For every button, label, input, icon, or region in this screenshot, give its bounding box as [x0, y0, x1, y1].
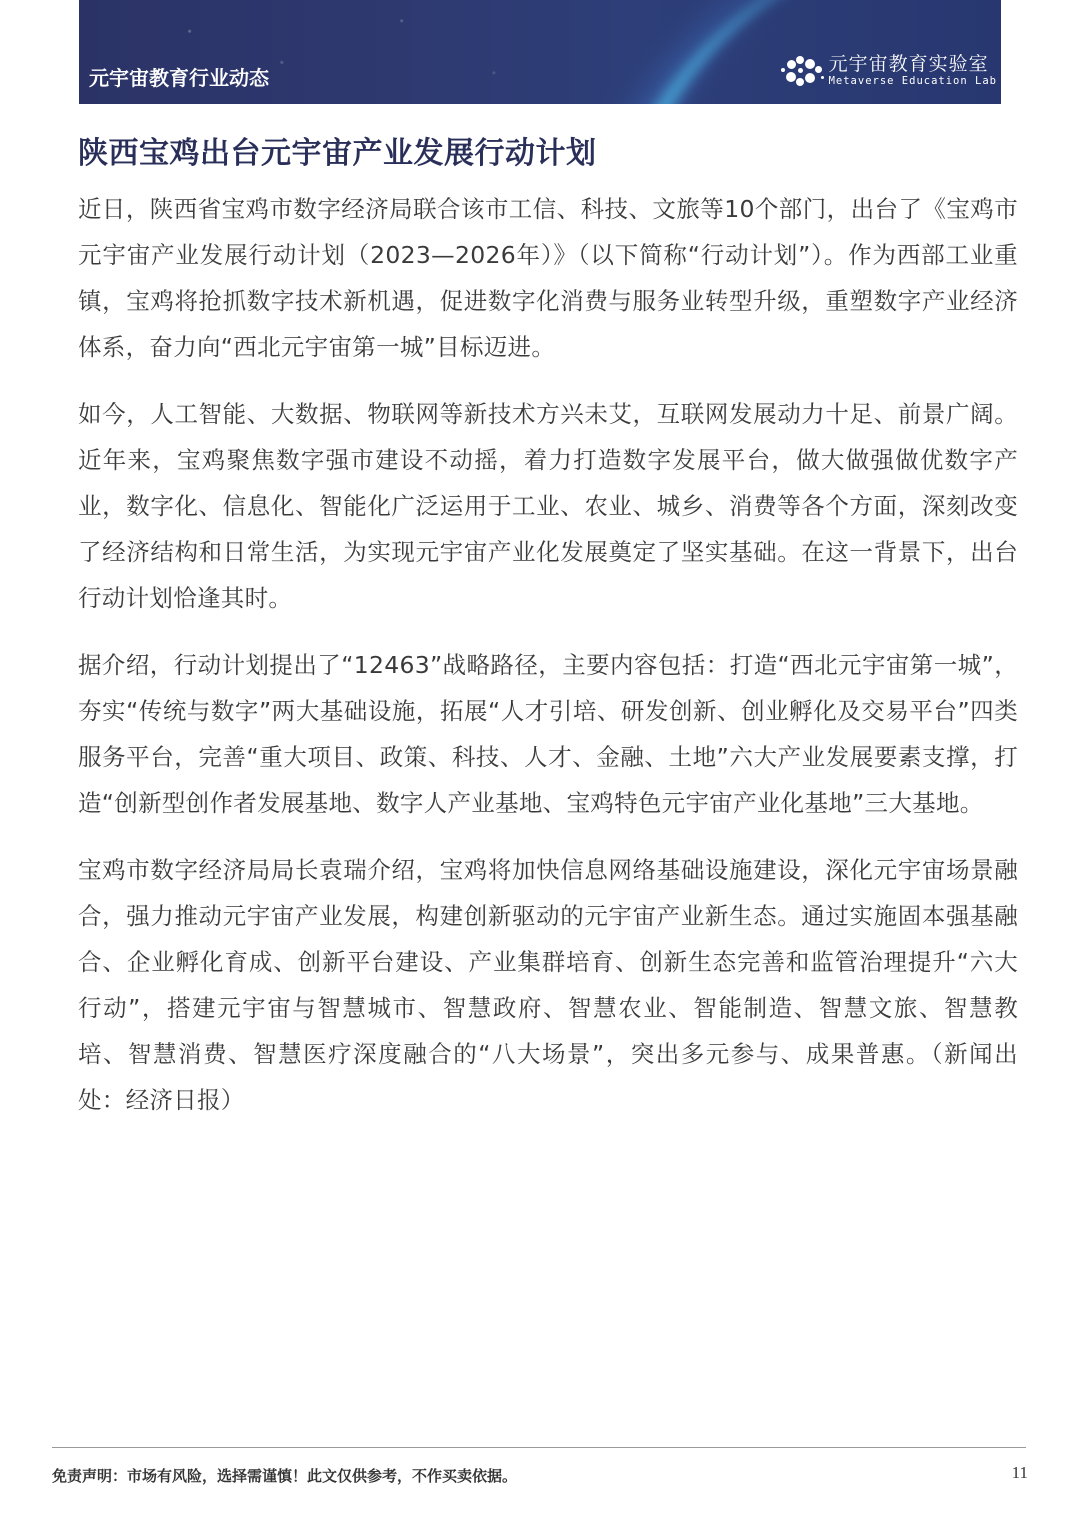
section-title: 元宇宙教育行业动态: [89, 62, 269, 91]
footer-divider: [52, 1447, 1026, 1448]
brand-text: 元宇宙教育实验室 Metaverse Education Lab: [829, 55, 997, 87]
page-number: 11: [1012, 1463, 1028, 1483]
article-title: 陕西宝鸡出台元宇宙产业发展行动计划: [78, 128, 597, 172]
article-paragraph: 宝鸡市数字经济局局长袁瑞介绍，宝鸡将加快信息网络基础设施建设，深化元宇宙场景融合…: [78, 847, 1018, 1123]
brand-name-cn: 元宇宙教育实验室: [829, 55, 997, 74]
article-paragraph: 如今，人工智能、大数据、物联网等新技术方兴未艾，互联网发展动力十足、前景广阔。近…: [78, 391, 1018, 621]
molecule-dots-icon: [781, 56, 825, 86]
footer-disclaimer: 免责声明：市场有风险，选择需谨慎！此文仅供参考，不作买卖依据。: [52, 1465, 517, 1486]
brand-name-en: Metaverse Education Lab: [829, 76, 997, 87]
article-paragraph: 近日，陕西省宝鸡市数字经济局联合该市工信、科技、文旅等10个部门，出台了《宝鸡市…: [78, 186, 1018, 370]
header-banner: 元宇宙教育行业动态 元宇宙教育实验室 Metaverse Education L…: [79, 0, 1001, 104]
article-paragraph: 据介绍，行动计划提出了“12463”战略路径，主要内容包括：打造“西北元宇宙第一…: [78, 642, 1018, 826]
article-body: 近日，陕西省宝鸡市数字经济局联合该市工信、科技、文旅等10个部门，出台了《宝鸡市…: [78, 186, 1018, 1144]
brand-logo-group: 元宇宙教育实验室 Metaverse Education Lab: [781, 55, 997, 87]
